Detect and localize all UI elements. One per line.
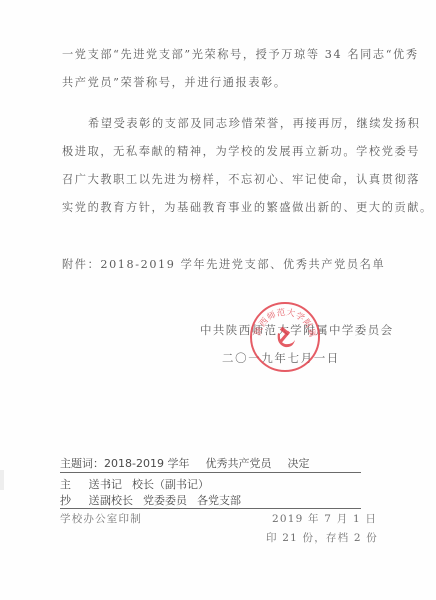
document-page: 一党支部“先进党支部”光荣称号，授予万琼等 34 名同志“优秀 共产党员”荣誉称…	[0, 0, 436, 600]
cc-recipient-3: 各党支部	[197, 494, 241, 507]
cc-recipient-2: 党委委员	[143, 494, 187, 507]
keywords-label: 主题词：	[60, 457, 104, 470]
paragraph2-line-2: 极进取，无私奉献的精神，为学校的发展再立新功。学校党委号	[62, 145, 420, 159]
main-send-row: 主 送：书记校长（副书记）	[60, 476, 219, 492]
cc-row: 抄 送：副校长党委委员各党支部	[60, 492, 251, 508]
keyword-3: 决定	[287, 457, 309, 470]
print-count: 印 21 份，存档 2 份	[266, 530, 378, 545]
keywords-row: 主题词：2018-2019 学年优秀共产党员决定	[60, 455, 325, 471]
body-line-1: 一党支部“先进党支部”光荣称号，授予万琼等 34 名同志“优秀	[62, 48, 419, 62]
body-line-2: 共产党员”荣誉称号，并进行通报表彰。	[62, 76, 287, 90]
main-send-recipient-2: 校长（副书记）	[132, 478, 209, 491]
signature-date: 二〇一九年七月一日	[222, 350, 340, 366]
print-date: 2019 年 7 月 1 日	[272, 511, 377, 526]
scan-artifact	[0, 470, 4, 490]
cc-label: 抄 送：	[60, 492, 100, 508]
paragraph2-line-1: 希望受表彰的支部及同志珍惜荣誉，再接再厉，继续发扬积	[88, 117, 420, 131]
main-send-label: 主 送：	[60, 476, 100, 492]
attachment-line: 附件：2018-2019 学年先进党支部、优秀共产党员名单	[62, 258, 385, 272]
paragraph2-line-4: 实党的教育方针，为基础教育事业的繁盛做出新的、更大的贡献。	[62, 201, 433, 215]
keyword-1: 2018-2019 学年	[104, 457, 189, 470]
printed-by: 学校办公室印制	[60, 511, 142, 526]
main-send-recipient-1: 书记	[100, 478, 122, 491]
divider-line	[60, 472, 361, 473]
signature-organization: 中共陕西师范大学附属中学委员会	[200, 322, 394, 338]
cc-recipient-1: 副校长	[100, 494, 133, 507]
keyword-2: 优秀共产党员	[205, 457, 271, 470]
divider-line	[60, 508, 361, 509]
paragraph2-line-3: 召广大教职工以先进为榜样，不忘初心、牢记使命，认真贯彻落	[62, 173, 420, 187]
